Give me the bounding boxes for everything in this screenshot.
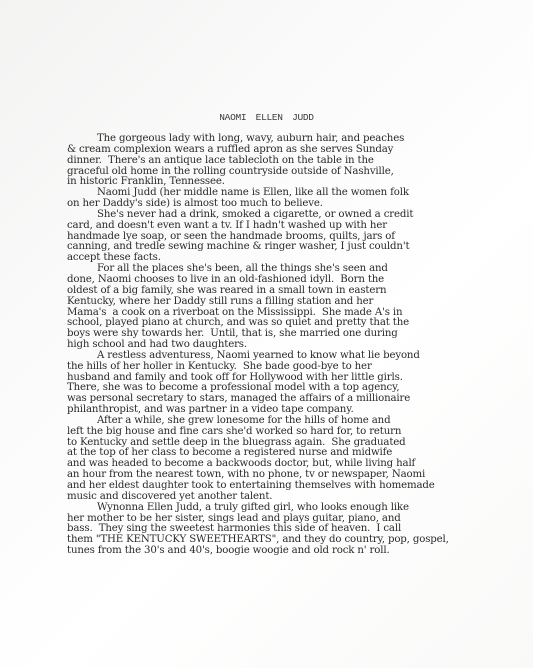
- typewritten-page: NAOMI ELLEN JUDD The gorgeous lady with …: [0, 0, 533, 668]
- text-line: Wynonna Ellen Judd, a truly gifted girl,…: [67, 503, 487, 514]
- paragraph: For all the places she's been, all the t…: [67, 264, 487, 351]
- text-line: tunes from the 30's and 40's, boogie woo…: [67, 546, 487, 557]
- text-line: card, and doesn't even want a tv. If I h…: [67, 221, 487, 232]
- text-line: dinner. There's an antique lace tableclo…: [67, 156, 487, 167]
- text-line: Kentucky, where her Daddy still runs a f…: [67, 297, 487, 308]
- paragraph: A restless adventuress, Naomi yearned to…: [67, 351, 487, 416]
- paragraph: After a while, she grew lonesome for the…: [67, 416, 487, 503]
- paragraph: Naomi Judd (her middle name is Ellen, li…: [67, 188, 487, 210]
- paragraph: Wynonna Ellen Judd, a truly gifted girl,…: [67, 503, 487, 557]
- paragraph: She's never had a drink, smoked a cigare…: [67, 210, 487, 264]
- document-title: NAOMI ELLEN JUDD: [0, 112, 533, 123]
- paragraph: The gorgeous lady with long, wavy, aubur…: [67, 134, 487, 188]
- text-line: left the big house and fine cars she'd w…: [67, 427, 487, 438]
- document-body: The gorgeous lady with long, wavy, aubur…: [67, 134, 487, 557]
- text-line: the hills of her holler in Kentucky. She…: [67, 362, 487, 373]
